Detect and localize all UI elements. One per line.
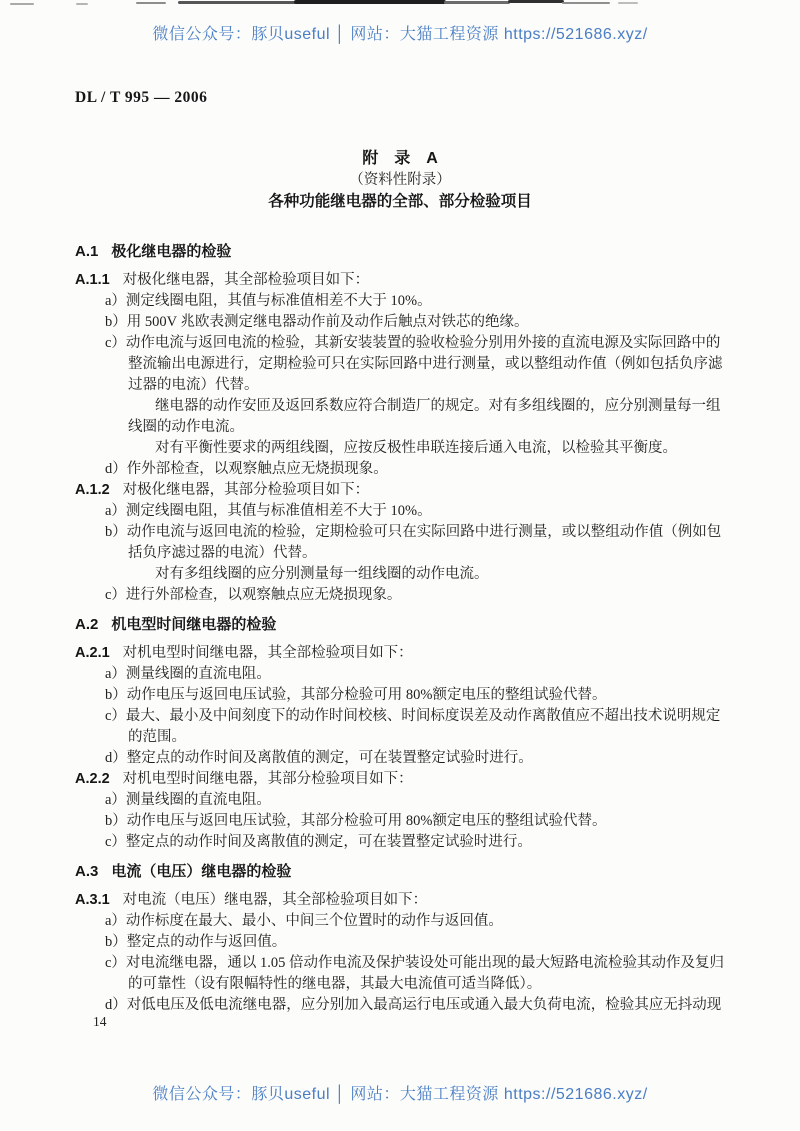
list-item-line: b）动作电压与返回电压试验，其部分检验可用 80%额定电压的整组试验代替。	[105, 685, 755, 706]
continuation-line: 整流输出电源进行，定期检验可只在实际回路中进行测量，或以整组动作值（例如包括负序…	[128, 354, 755, 375]
indent-paragraph-line: 继电器的动作安匝及返回系数应符合制造厂的规定。对有多组线圈的，应分别测量每一组	[155, 396, 755, 417]
continuation-line: 的范围。	[128, 727, 755, 748]
scan-mark	[562, 2, 610, 4]
scan-mark	[294, 0, 446, 4]
scan-mark	[444, 1, 510, 4]
document-body: A.1极化继电器的检验 A.1.1对极化继电器，其全部检验项目如下： a）测定线…	[75, 233, 755, 1016]
list-item-line: c）整定点的动作时间及离散值的测定，可在装置整定试验时进行。	[105, 832, 755, 853]
list-item-line: a）测量线圈的直流电阻。	[105, 664, 755, 685]
list-item-line: d）作外部检查，以观察触点应无烧损现象。	[105, 459, 755, 480]
list-item-line: d）整定点的动作时间及离散值的测定，可在装置整定试验时进行。	[105, 748, 755, 769]
list-item-line: b）用 500V 兆欧表测定继电器动作前及动作后触点对铁芯的绝缘。	[105, 312, 755, 333]
clause-line: A.2.1对机电型时间继电器，其全部检验项目如下：	[75, 643, 755, 664]
document-page: 微信公众号：豚贝useful │ 网站：大猫工程资源 https://52168…	[0, 0, 800, 1131]
continuation-line: 的可靠性（设有限幅特性的继电器，其最大电流值可适当降低）。	[128, 974, 755, 995]
indent-paragraph-line: 对有多组线圈的应分别测量每一组线圈的动作电流。	[155, 564, 755, 585]
appendix-subtitle: （资料性附录）	[0, 168, 800, 189]
list-item-line: a）测定线圈电阻，其值与标准值相差不大于 10%。	[105, 501, 755, 522]
page-number: 14	[93, 1014, 107, 1030]
continuation-line: 线圈的动作电流。	[128, 417, 755, 438]
list-item-line: d）对低电压及低电流继电器，应分别加入最高运行电压或通入最大负荷电流，检验其应无…	[105, 995, 755, 1016]
scan-mark	[508, 0, 564, 3]
list-item-line: b）动作电流与返回电流的检验，定期检验可只在实际回路中进行测量，或以整组动作值（…	[105, 522, 755, 543]
watermark-top: 微信公众号：豚贝useful │ 网站：大猫工程资源 https://52168…	[0, 21, 800, 44]
appendix-title: 附 录 A	[0, 145, 800, 168]
list-item-line: b）整定点的动作与返回值。	[105, 932, 755, 953]
scan-mark	[618, 2, 638, 4]
scan-mark	[178, 1, 296, 4]
list-item-line: a）测定线圈电阻，其值与标准值相差不大于 10%。	[105, 291, 755, 312]
list-item-line: a）动作标度在最大、最小、中间三个位置时的动作与返回值。	[105, 911, 755, 932]
list-item-line: c）进行外部检查，以观察触点应无烧损现象。	[105, 585, 755, 606]
continuation-line: 过器的电流）代替。	[128, 375, 755, 396]
section-heading: A.2机电型时间继电器的检验	[75, 614, 755, 635]
clause-line: A.1.1对极化继电器，其全部检验项目如下：	[75, 270, 755, 291]
continuation-line: 括负序滤过器的电流）代替。	[128, 543, 755, 564]
clause-line: A.3.1对电流（电压）继电器，其全部检验项目如下：	[75, 890, 755, 911]
list-item-line: c）最大、最小及中间刻度下的动作时间校核、时间标度误差及动作离散值应不超出技术说…	[105, 706, 755, 727]
list-item-line: c）对电流继电器，通以 1.05 倍动作电流及保护装设处可能出现的最大短路电流检…	[105, 953, 755, 974]
list-item-line: b）动作电压与返回电压试验，其部分检验可用 80%额定电压的整组试验代替。	[105, 811, 755, 832]
clause-line: A.2.2对机电型时间继电器，其部分检验项目如下：	[75, 769, 755, 790]
scan-mark	[10, 3, 34, 5]
indent-paragraph-line: 对有平衡性要求的两组线圈，应按反极性串联连接后通入电流，以检验其平衡度。	[155, 438, 755, 459]
watermark-bottom: 微信公众号：豚贝useful │ 网站：大猫工程资源 https://52168…	[0, 1081, 800, 1104]
section-heading: A.3电流（电压）继电器的检验	[75, 861, 755, 882]
appendix-heading: 各种功能继电器的全部、部分检验项目	[0, 189, 800, 211]
section-heading: A.1极化继电器的检验	[75, 241, 755, 262]
list-item-line: a）测量线圈的直流电阻。	[105, 790, 755, 811]
doc-number: DL / T 995 — 2006	[75, 89, 207, 107]
list-item-line: c）动作电流与返回电流的检验，其新安装装置的验收检验分别用外接的直流电源及实际回…	[105, 333, 755, 354]
clause-line: A.1.2对极化继电器，其部分检验项目如下：	[75, 480, 755, 501]
scan-mark	[136, 2, 166, 4]
scan-mark	[76, 3, 88, 5]
